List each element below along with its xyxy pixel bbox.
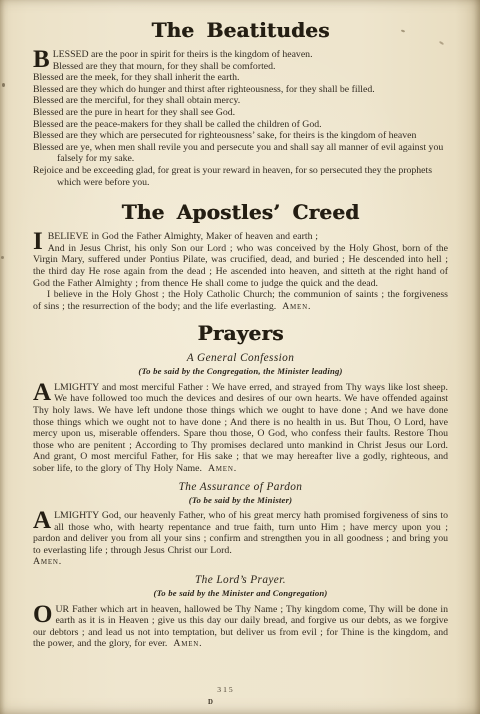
amen-text: Amen.: [33, 556, 448, 568]
beatitude-line: LESSED are the poor in spirit for theirs…: [53, 49, 313, 60]
section-title-beatitudes: The Beatitudes: [33, 19, 448, 42]
confession-paragraph: ALMIGHTY and most merciful Father : We h…: [33, 382, 448, 475]
beatitudes-opening: BLESSED are the poor in spirit for their…: [33, 49, 448, 72]
beatitude-line: Blessed are they that mourn, for they sh…: [53, 61, 276, 72]
beatitude-line: Blessed are the merciful, for they shall…: [33, 95, 448, 107]
book-page: The Beatitudes BLESSED are the poor in s…: [0, 0, 480, 714]
confession-body: LMIGHTY and most merciful Father : We ha…: [33, 382, 448, 474]
beatitude-line: Blessed are the pure in heart for they s…: [33, 107, 448, 119]
beatitude-line: Blessed are the peace-makers for they sh…: [33, 119, 448, 131]
beatitude-line: Blessed are they which are persecuted fo…: [33, 130, 448, 142]
amen-text: Amen.: [282, 301, 311, 312]
dropcap-i: I: [33, 231, 48, 252]
rubric-lords-prayer: (To be said by the Minister and Congrega…: [33, 588, 448, 599]
heading-lords-prayer: The Lord’s Prayer.: [33, 574, 448, 587]
rubric-general-confession: (To be said by the Congregation, the Min…: [33, 366, 448, 377]
pardon-body: LMIGHTY God, our heavenly Father, who of…: [33, 510, 448, 556]
dropcap-b: B: [33, 49, 53, 70]
heading-general-confession: A General Confession: [33, 352, 448, 365]
lords-prayer-body: UR Father which art in heaven, hallowed …: [33, 604, 448, 650]
printers-signature-mark: D: [208, 697, 213, 709]
paper-blemish: [2, 83, 5, 87]
beatitude-line: Blessed are the meek, for they shall inh…: [33, 72, 448, 84]
amen-text: Amen.: [208, 463, 237, 474]
creed-body-2: I believe in the Holy Ghost ; the Holy C…: [33, 289, 448, 312]
dropcap-o: O: [33, 604, 55, 625]
rubric-assurance-of-pardon: (To be said by the Minister): [33, 495, 448, 506]
dropcap-a: A: [33, 382, 54, 403]
beatitude-line: Blessed are they which do hunger and thi…: [33, 84, 448, 96]
section-title-prayers: Prayers: [33, 322, 448, 345]
beatitude-line: Blessed are ye, when men shall revile yo…: [33, 142, 448, 165]
creed-line-1: BELIEVE in God the Father Almighty, Make…: [48, 231, 318, 242]
page-number: 315: [204, 684, 248, 696]
lords-prayer-paragraph: OUR Father which art in heaven, hallowed…: [33, 604, 448, 650]
paper-blemish: [1, 256, 4, 259]
beatitude-line: Rejoice and be exceeding glad, for great…: [33, 165, 448, 188]
dropcap-a: A: [33, 510, 54, 531]
section-title-apostles-creed: The Apostles’ Creed: [33, 201, 448, 224]
amen-text: Amen.: [173, 638, 202, 649]
heading-assurance-of-pardon: The Assurance of Pardon: [33, 481, 448, 494]
pardon-paragraph: ALMIGHTY God, our heavenly Father, who o…: [33, 510, 448, 568]
creed-body: And in Jesus Christ, his only Son our Lo…: [33, 243, 448, 289]
creed-paragraph-1: IBELIEVE in God the Father Almighty, Mak…: [33, 231, 448, 289]
creed-paragraph-2: I believe in the Holy Ghost ; the Holy C…: [33, 289, 448, 312]
